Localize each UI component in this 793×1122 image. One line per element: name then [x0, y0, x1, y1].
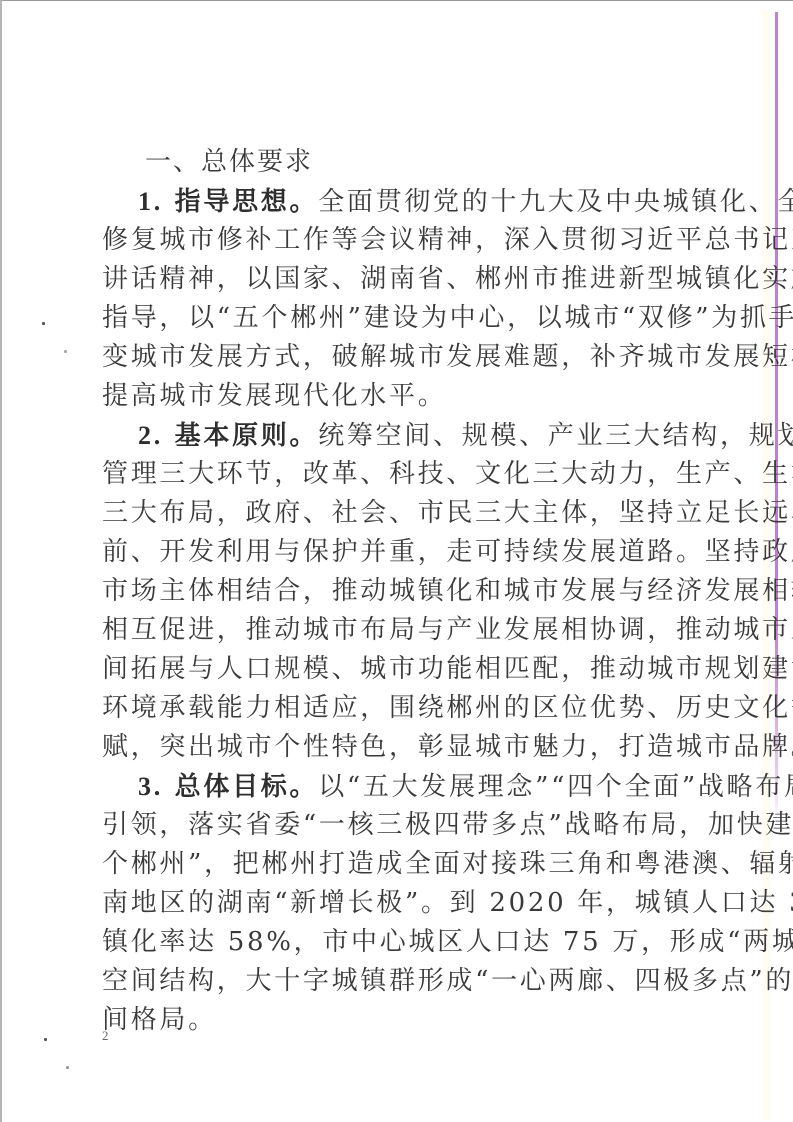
paragraph-number: 1. — [138, 187, 163, 216]
paragraph-line: 市场主体相结合，推动城镇化和城市发展与经济发展相辅相成、 — [102, 572, 706, 611]
paragraph-number: 3. — [138, 772, 163, 801]
paragraph-line: 管理三大环节，改革、科技、文化三大动力，生产、生活、生态 — [102, 455, 706, 494]
paragraph-heading-text: 指导思想。 — [175, 187, 319, 217]
paragraph-line: 提高城市发展现代化水平。 — [102, 377, 706, 416]
paragraph-line: 1. 指导思想。全面贯彻党的十九大及中央城镇化、全国生态 — [102, 182, 706, 221]
paragraph-number: 2. — [138, 421, 163, 450]
paragraph-text: 以“五大发展理念”“四个全面”战略布局为 — [318, 772, 793, 802]
paragraph-heading: 3. 总体目标。 — [138, 772, 318, 802]
scan-top-border — [0, 0, 793, 1]
section-title: 一、总体要求 — [145, 143, 313, 182]
paragraph-text: 全面贯彻党的十九大及中央城镇化、全国生态 — [318, 187, 793, 217]
paragraph-line: 讲话精神，以国家、湖南省、郴州市推进新型城镇化实施纲要为 — [102, 260, 706, 299]
paragraph-line: 镇化率达 58%，市中心城区人口达 75 万，形成“两城六组团”的 — [102, 923, 706, 962]
paragraph-guiding-ideology: 1. 指导思想。全面贯彻党的十九大及中央城镇化、全国生态 修复城市修补工作等会议… — [102, 182, 706, 416]
paragraph-line: 前、开发利用与保护并重，走可持续发展道路。坚持政府主导和 — [102, 533, 706, 572]
paragraph-line: 指导，以“五个郴州”建设为中心，以城市“双修”为抓手，转 — [102, 299, 706, 338]
paragraph-line: 赋，突出城市个性特色，彰显城市魅力，打造城市品牌。 — [102, 728, 706, 767]
paragraph-basic-principles: 2. 基本原则。统筹空间、规模、产业三大结构，规划、建设、 管理三大环节，改革、… — [102, 416, 706, 767]
paragraph-line: 修复城市修补工作等会议精神，深入贯彻习近平总书记系列重要 — [102, 221, 706, 260]
page-number: 2 — [102, 1028, 109, 1044]
paragraph-line: 引领，落实省委“一核三极四带多点”战略布局，加快建设“五 — [102, 806, 706, 845]
paragraph-heading: 1. 指导思想。 — [138, 187, 318, 217]
paragraph-line: 相互促进，推动城市布局与产业发展相协调，推动城市发展和空 — [102, 611, 706, 650]
paragraph-line: 空间结构，大十字城镇群形成“一心两廊、四极多点”的城镇空 — [102, 962, 706, 1001]
scan-left-border — [0, 0, 2, 1122]
scan-dot — [44, 1038, 47, 1041]
paragraph-text: 统筹空间、规模、产业三大结构，规划、建设、 — [318, 421, 793, 451]
paragraph-heading: 2. 基本原则。 — [138, 421, 318, 451]
scan-dot — [64, 350, 67, 353]
paragraph-line: 间格局。 — [102, 1001, 706, 1040]
paragraph-line: 3. 总体目标。以“五大发展理念”“四个全面”战略布局为 — [102, 767, 706, 806]
scan-dot — [42, 322, 45, 325]
scan-dot — [66, 1066, 69, 1069]
paragraph-heading-text: 基本原则。 — [175, 421, 319, 451]
paragraph-line: 间拓展与人口规模、城市功能相匹配，推动城市规划建设与资源 — [102, 650, 706, 689]
paragraph-line: 个郴州”，把郴州打造成全面对接珠三角和粤港澳、辐射带动湘 — [102, 845, 706, 884]
paragraph-line: 2. 基本原则。统筹空间、规模、产业三大结构，规划、建设、 — [102, 416, 706, 455]
paragraph-overall-goals: 3. 总体目标。以“五大发展理念”“四个全面”战略布局为 引领，落实省委“一核三… — [102, 767, 706, 1040]
paragraph-line: 环境承载能力相适应，围绕郴州的区位优势、历史文化等资源禀 — [102, 689, 706, 728]
paragraph-heading-text: 总体目标。 — [175, 772, 319, 802]
paragraph-line: 变城市发展方式，破解城市发展难题，补齐城市发展短板，不断 — [102, 338, 706, 377]
paragraph-line: 三大布局，政府、社会、市民三大主体，坚持立足长远、适度超 — [102, 494, 706, 533]
paragraph-line: 南地区的湖南“新增长极”。到 2020 年，城镇人口达 320 万，城 — [102, 884, 706, 923]
